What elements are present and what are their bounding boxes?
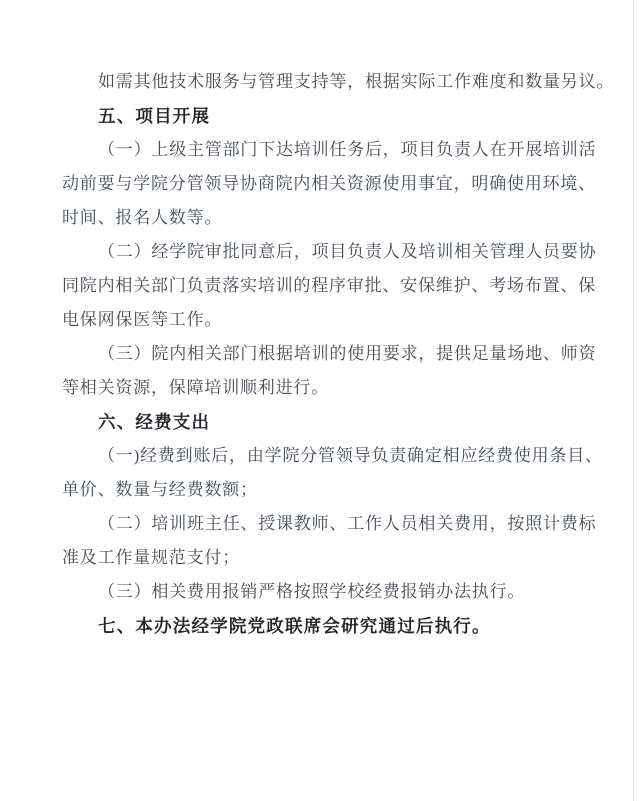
- page-right-edge-line: [633, 0, 634, 801]
- paragraph-line: 同院内相关部门负责落实培训的程序审批、安保维护、考场布置、保: [62, 269, 587, 303]
- paragraph-line: （二）培训班主任、授课教师、工作人员相关费用，按照计费标: [62, 507, 587, 541]
- paragraph-line: （二）经学院审批同意后，项目负责人及培训相关管理人员要协: [62, 235, 587, 269]
- paragraph-line: 单价、数量与经费数额；: [62, 473, 587, 507]
- document-page: 如需其他技术服务与管理支持等，根据实际工作难度和数量另议。 五、项目开展 （一）…: [0, 0, 639, 801]
- paragraph-line: 电保网保医等工作。: [62, 303, 587, 337]
- document-body: 如需其他技术服务与管理支持等，根据实际工作难度和数量另议。 五、项目开展 （一）…: [62, 65, 587, 643]
- paragraph-line: 时间、报名人数等。: [62, 201, 587, 235]
- paragraph-line: （一）上级主管部门下达培训任务后，项目负责人在开展培训活: [62, 133, 587, 167]
- paragraph-line: 如需其他技术服务与管理支持等，根据实际工作难度和数量另议。: [62, 65, 587, 99]
- paragraph-line: （三）相关费用报销严格按照学校经费报销办法执行。: [62, 575, 587, 609]
- section-heading-6: 六、经费支出: [62, 405, 587, 439]
- section-heading-5: 五、项目开展: [62, 99, 587, 133]
- paragraph-line: 动前要与学院分管领导协商院内相关资源使用事宜，明确使用环境、: [62, 167, 587, 201]
- paragraph-line: （三）院内相关部门根据培训的使用要求，提供足量场地、师资: [62, 337, 587, 371]
- section-heading-7: 七、本办法经学院党政联席会研究通过后执行。: [62, 609, 587, 643]
- paragraph-line: （一)经费到账后，由学院分管领导负责确定相应经费使用条目、: [62, 439, 587, 473]
- paragraph-line: 准及工作量规范支付；: [62, 541, 587, 575]
- paragraph-line: 等相关资源，保障培训顺利进行。: [62, 371, 587, 405]
